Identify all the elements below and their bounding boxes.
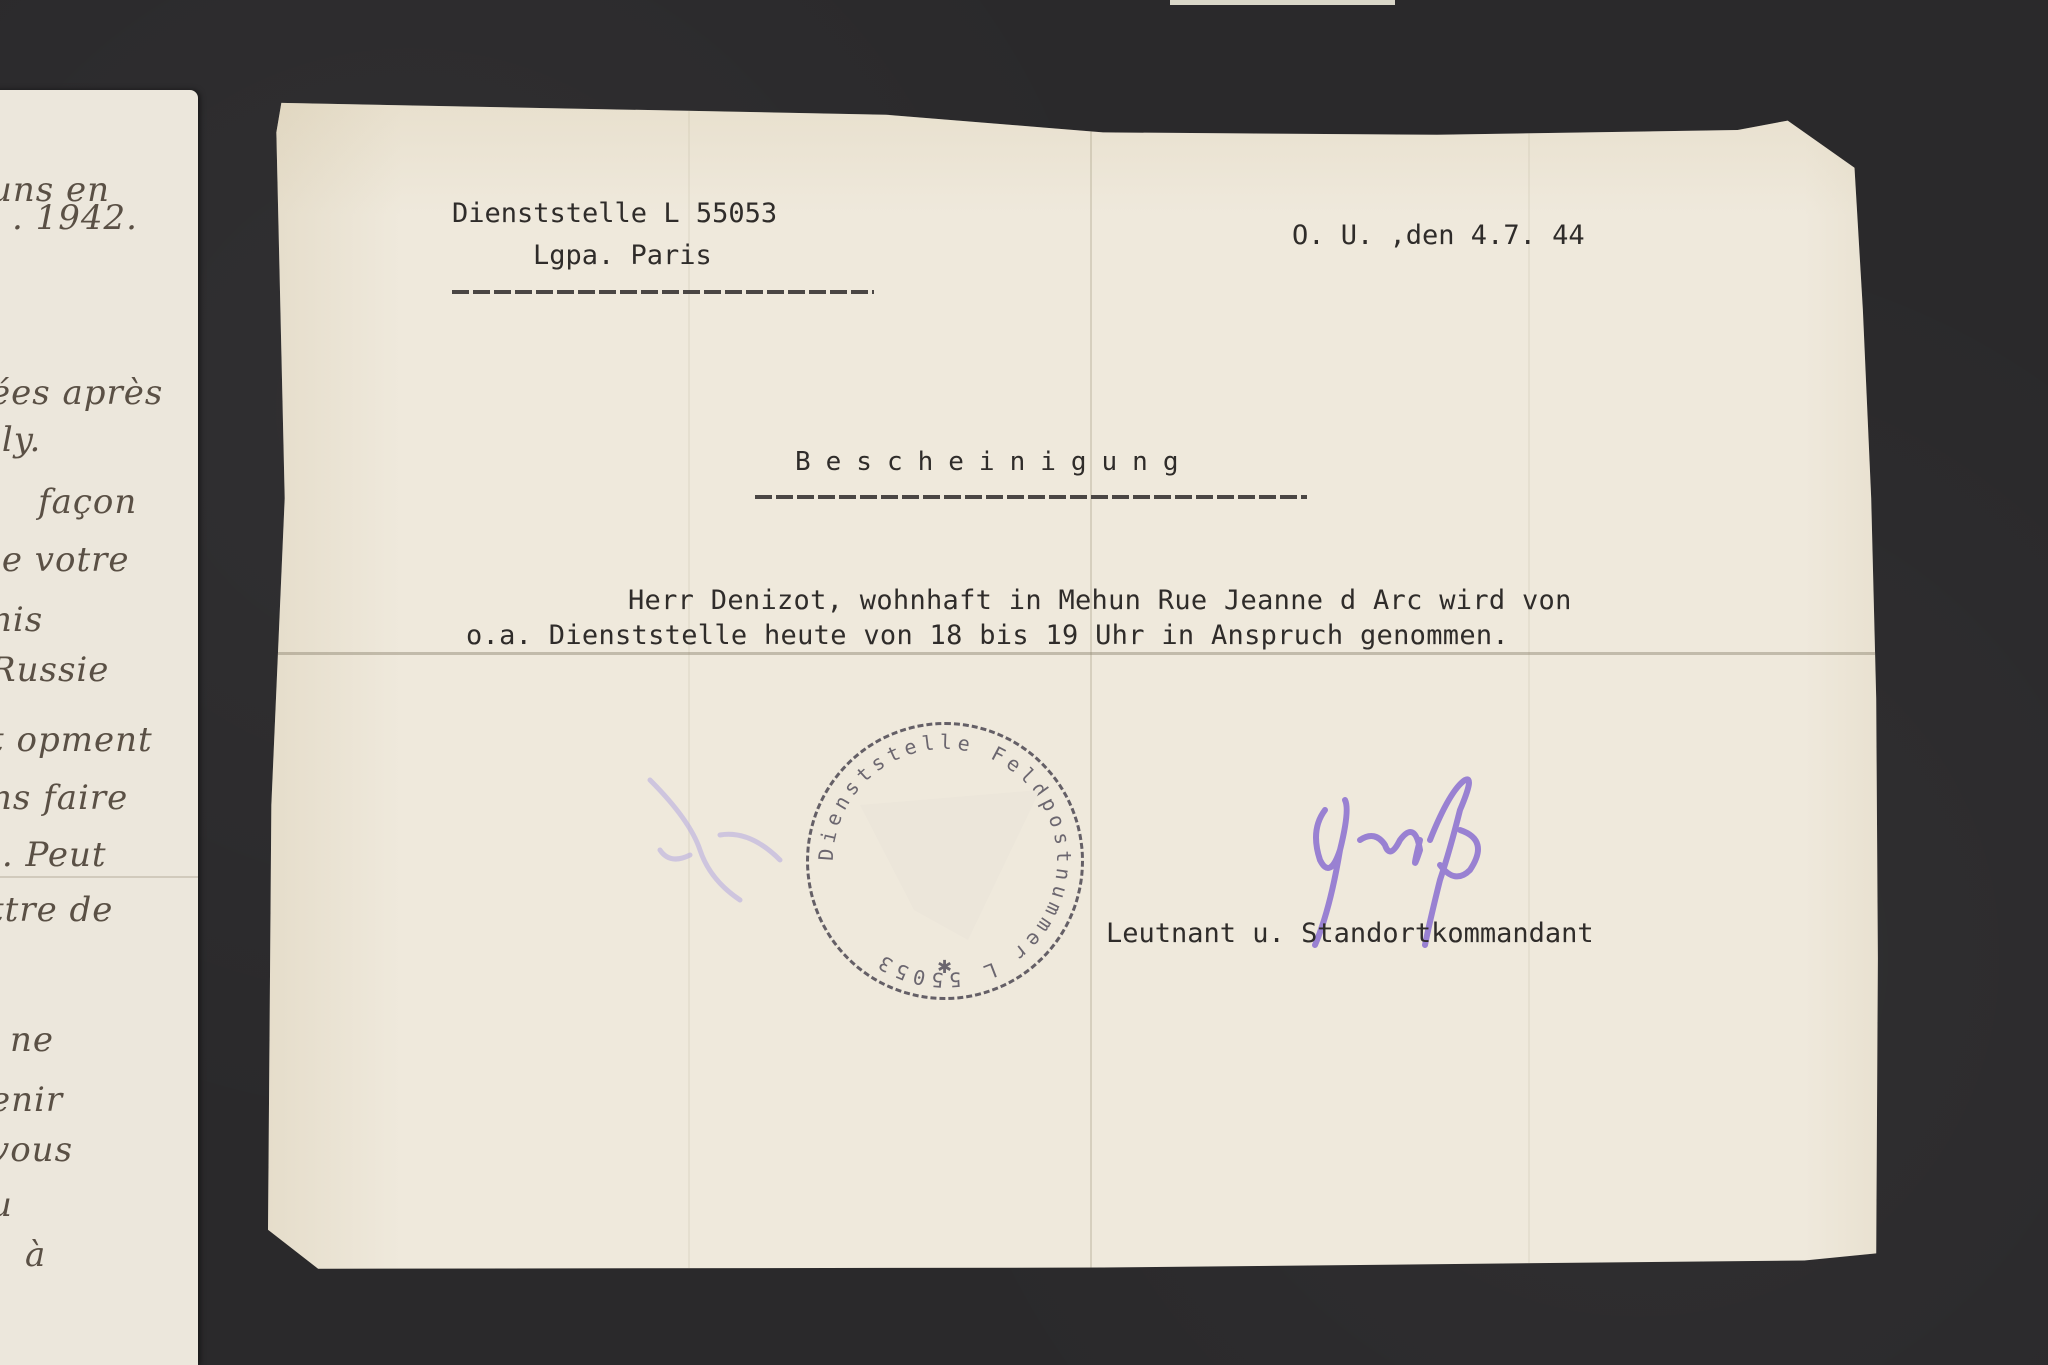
letter-line: Russie [0,650,109,690]
letter-line: u [0,1185,13,1225]
letter-line: ttre de [0,890,113,930]
letter-line: façon [38,482,137,522]
letter-line: enir [0,1080,63,1120]
letter-line: ées après [0,373,163,413]
body-line-1: Herr Denizot, wohnhaft in Mehun Rue Jean… [628,585,1572,616]
letter-fold-line [0,876,198,878]
vertical-fold-crease [1090,97,1092,1277]
body-line-2: o.a. Dienststelle heute von 18 bis 19 Uh… [466,620,1509,651]
letter-line: . 1942. [12,198,138,238]
letter-line: lly. [0,420,41,460]
header-underline [452,290,874,294]
other-document-edge [1170,0,1395,5]
vertical-fold-crease [688,97,690,1277]
signatory-title: Leutnant u. Standortkommandant [1106,918,1594,949]
place-date: O. U. ,den 4.7. 44 [1292,220,1585,251]
office-designation: Dienststelle L 55053 [452,198,777,229]
vertical-fold-crease [1528,97,1530,1277]
letter-line: ne [10,1020,54,1060]
letter-line: vous [0,1130,73,1170]
letter-line: ns faire [0,778,128,818]
title-underline [755,495,1307,499]
letter-line: i. Peut [0,835,107,875]
certificate-paper [268,97,1938,1277]
handwritten-letter: uns en . 1942. ées après lly. façon le v… [0,90,198,1365]
letter-line: le votre [0,540,130,580]
faint-signature-bleedthrough [630,760,790,920]
stamp-star-icon: ✱ [937,957,952,978]
letter-line: nis [0,600,43,640]
letter-line: t opment [0,720,153,760]
office-location: Lgpa. Paris [533,240,712,271]
document-title: Bescheinigung [795,447,1194,477]
horizontal-fold-crease [268,652,1938,655]
letter-line: à [25,1235,46,1275]
